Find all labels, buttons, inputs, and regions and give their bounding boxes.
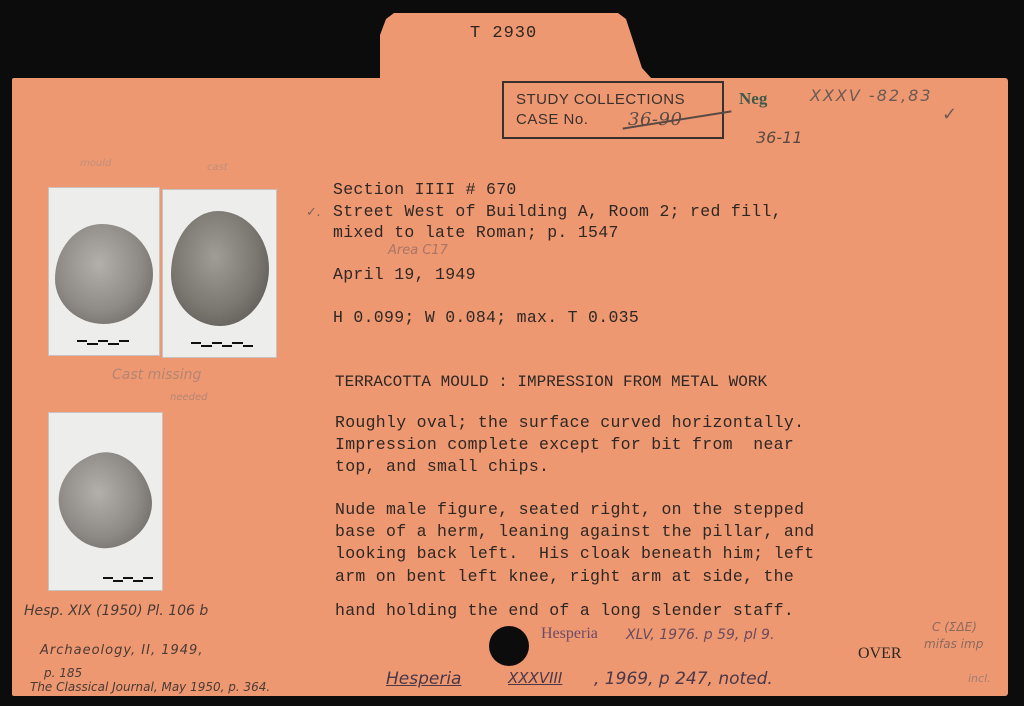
description-line: base of a herm, leaning against the pill… xyxy=(335,522,814,541)
check-mark-icon: ✓ xyxy=(942,104,957,125)
photo-mould xyxy=(48,187,160,356)
cast-image xyxy=(171,211,269,326)
reference-hesperia-1969: Hesperia xyxy=(386,669,461,689)
description-line: Impression complete except for bit from … xyxy=(335,435,794,454)
photo-label-mould: mould xyxy=(80,158,111,169)
location-line-1: Street West of Building A, Room 2; red f… xyxy=(333,202,782,221)
inventory-number: T 2930 xyxy=(470,24,537,43)
description-line: Roughly oval; the surface curved horizon… xyxy=(335,413,804,432)
stamp-case-label: CASE No. xyxy=(516,111,588,128)
mould-image xyxy=(55,224,153,324)
reference-hesperia-1976: XLV, 1976. p 59, pl 9. xyxy=(626,627,774,643)
reference-archaeology-page: p. 185 xyxy=(44,666,82,680)
location-check-mark: ✓. xyxy=(306,205,321,220)
photo-back xyxy=(48,412,163,591)
reference-archaeology: Archaeology, II, 1949, xyxy=(40,643,203,658)
dimensions: H 0.099; W 0.084; max. T 0.035 xyxy=(333,308,639,327)
back-image xyxy=(48,443,161,559)
corner-note-3: incl. xyxy=(968,672,991,685)
section-number: Section ΙΙΙΙ # 670 xyxy=(333,180,517,199)
description-line: hand holding the end of a long slender s… xyxy=(335,601,794,620)
punch-hole xyxy=(489,626,529,666)
reference-hesperia-1969-volume: XXXVIII xyxy=(508,669,562,687)
scale-bar xyxy=(103,577,153,581)
negative-label: Neg xyxy=(739,89,767,109)
reference-classical-journal: The Classical Journal, May 1950, p. 364. xyxy=(30,680,270,694)
description-line: looking back left. His cloak beneath him… xyxy=(335,544,814,563)
corner-note-1: C (ΣΔΕ) xyxy=(932,620,977,634)
description-line: arm on bent left knee, right arm at side… xyxy=(335,567,794,586)
needed-note: needed xyxy=(170,392,208,403)
study-collections-stamp: STUDY COLLECTIONS CASE No. 36-90 xyxy=(502,81,724,139)
case-number-new: 36-11 xyxy=(756,128,803,147)
reference-hesperia-1969-rest: , 1969, p 247, noted. xyxy=(594,669,773,689)
location-line-2: mixed to late Roman; p. 1547 xyxy=(333,223,619,242)
corner-note-2: mifas imp xyxy=(924,637,983,651)
photo-cast xyxy=(162,189,277,358)
negative-number: XXXV -82,83 xyxy=(810,86,933,105)
over-label: OVER xyxy=(858,645,902,663)
area-note: Area C17 xyxy=(388,243,448,258)
description-line: Nude male figure, seated right, on the s… xyxy=(335,500,804,519)
date: April 19, 1949 xyxy=(333,265,476,284)
hesperia-1976-stamp: Hesperia xyxy=(541,625,598,643)
stamp-title: STUDY COLLECTIONS xyxy=(516,91,685,108)
cast-missing-note: Cast missing xyxy=(112,367,201,383)
reference-hesperia-1950: Hesp. XIX (1950) Pl. 106 b xyxy=(24,603,208,619)
photo-label-cast: cast xyxy=(207,162,228,173)
scale-bar xyxy=(191,342,253,346)
scale-bar xyxy=(77,340,129,344)
description-line: top, and small chips. xyxy=(335,457,549,476)
object-title: TERRACOTTA MOULD : IMPRESSION FROM METAL… xyxy=(335,373,767,391)
